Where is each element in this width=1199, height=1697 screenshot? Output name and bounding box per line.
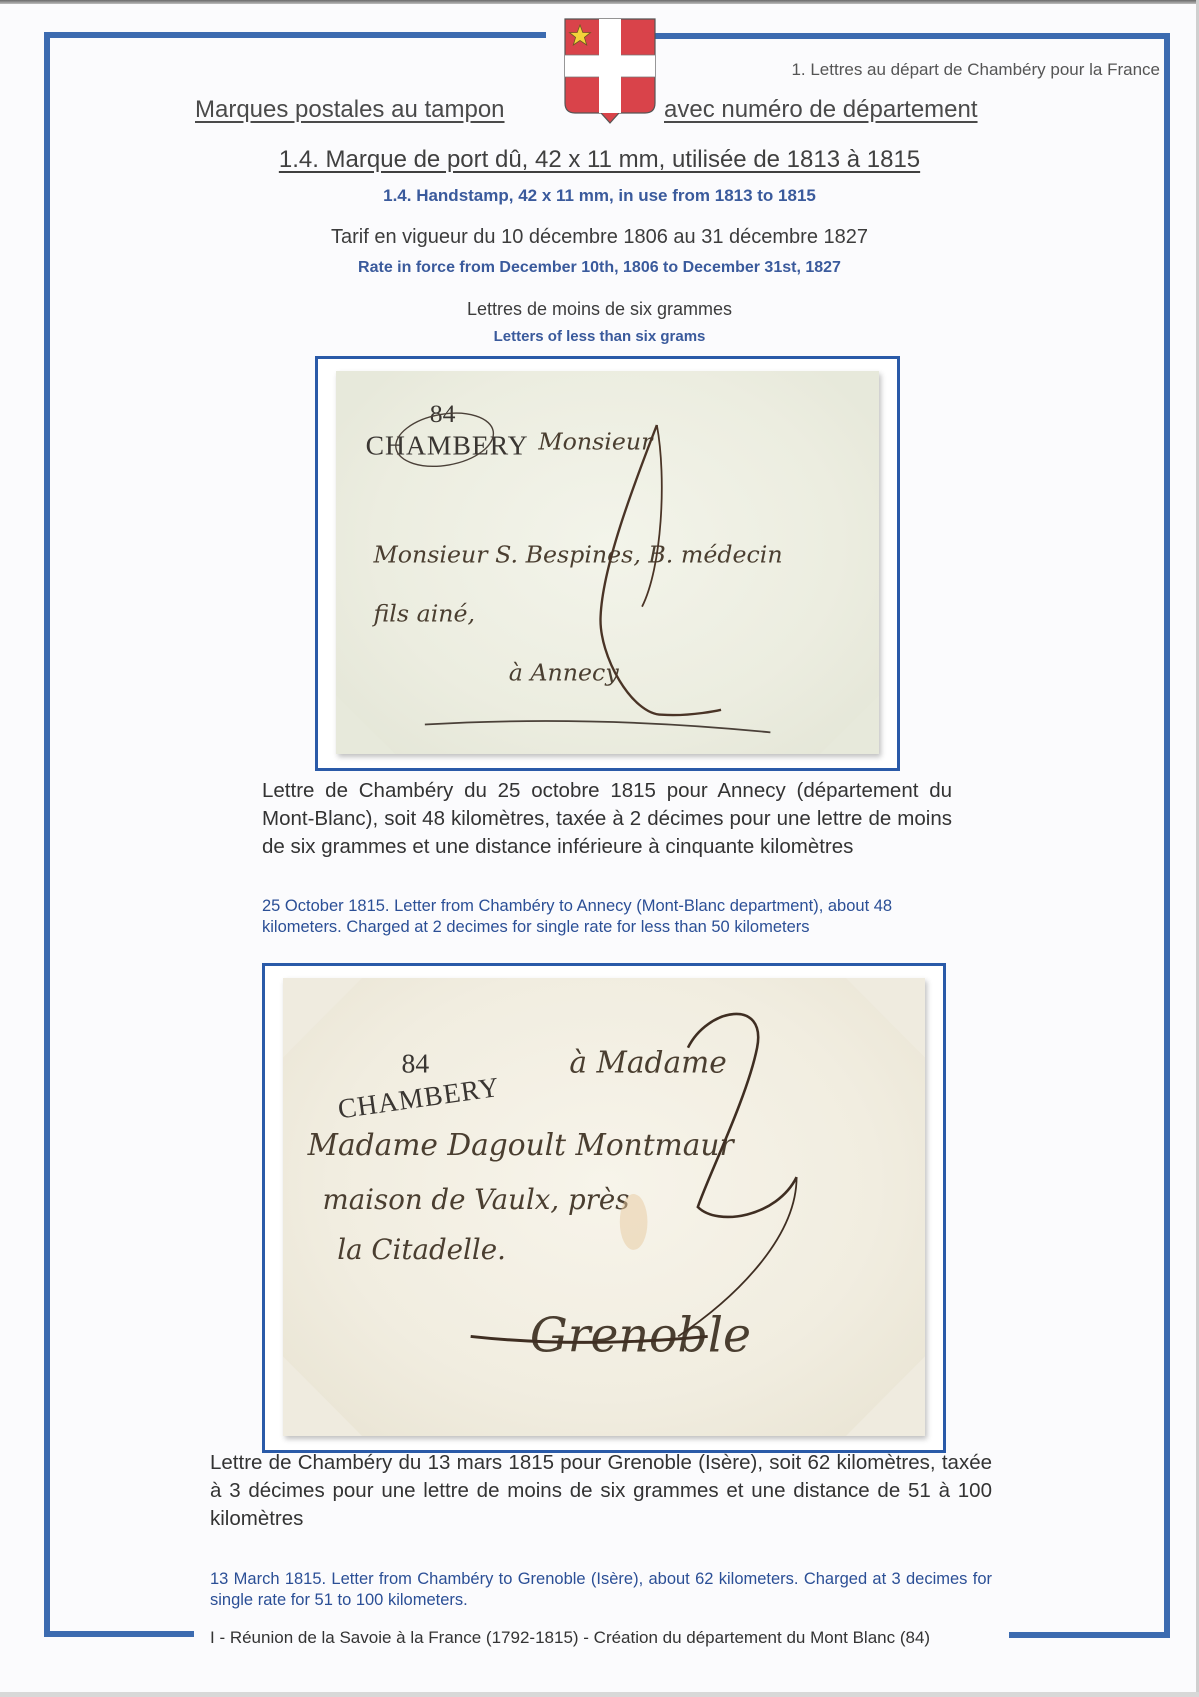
handstamp-town: CHAMBERY — [366, 430, 529, 461]
address-line: fils ainé, — [372, 599, 476, 627]
section-title-fr: 1.4. Marque de port dû, 42 x 11 mm, util… — [0, 146, 1199, 174]
letter-caption-en: 13 March 1815. Letter from Chambéry to G… — [210, 1569, 992, 1611]
scan-edge-bottom — [0, 1692, 1199, 1697]
letter-cover: 84 CHAMBERY à Madame Madame Dagoult Mont… — [283, 978, 925, 1436]
frame-line-bottom-left — [44, 1631, 194, 1637]
weight-class-fr: Lettres de moins de six grammes — [0, 299, 1199, 320]
address-line: Monsieur S. Bespines, B. médecin — [373, 541, 783, 569]
letter-photo-grenoble: 84 CHAMBERY à Madame Madame Dagoult Mont… — [262, 963, 946, 1453]
tariff-en: Rate in force from December 10th, 1806 t… — [0, 259, 1199, 277]
address-line: Madame Dagoult Montmaur — [307, 1128, 736, 1163]
letter-photo-annecy: 84 CHAMBERY Monsieur Monsieur S. Bespine… — [315, 356, 900, 771]
scan-edge-top — [0, 0, 1199, 4]
handstamp-town: CHAMBERY — [336, 1072, 502, 1126]
page-footer: I - Réunion de la Savoie à la France (17… — [210, 1628, 930, 1648]
address-line: Monsieur — [537, 428, 654, 456]
letter-caption-fr: Lettre de Chambéry du 13 mars 1815 pour … — [210, 1449, 992, 1533]
frame-line-top-left — [50, 32, 546, 38]
letter-caption-en: 25 October 1815. Letter from Chambéry to… — [262, 896, 962, 938]
savoy-cross-shield-icon — [563, 17, 657, 129]
page-title-right: avec numéro de département — [664, 96, 978, 124]
tax-mark-3 — [688, 1014, 797, 1217]
weight-class-en: Letters of less than six grams — [0, 328, 1199, 345]
address-line: Grenoble — [530, 1308, 751, 1363]
letter-caption-fr: Lettre de Chambéry du 25 octobre 1815 po… — [262, 777, 952, 861]
frame-line-top-right — [632, 33, 1170, 39]
tariff-fr: Tarif en vigueur du 10 décembre 1806 au … — [0, 226, 1199, 249]
page-title-left: Marques postales au tampon — [195, 96, 505, 124]
address-line: à Madame — [569, 1045, 726, 1080]
frame-line-bottom-right — [1009, 1632, 1170, 1638]
address-line: la Citadelle. — [337, 1233, 506, 1266]
letter-cover: 84 CHAMBERY Monsieur Monsieur S. Bespine… — [336, 371, 879, 754]
address-line: à Annecy — [509, 658, 620, 686]
handstamp-number: 84 — [402, 1048, 430, 1079]
chapter-label: 1. Lettres au départ de Chambéry pour la… — [740, 60, 1160, 80]
section-title-en: 1.4. Handstamp, 42 x 11 mm, in use from … — [0, 186, 1199, 206]
address-line: maison de Vaulx, près — [323, 1183, 630, 1216]
